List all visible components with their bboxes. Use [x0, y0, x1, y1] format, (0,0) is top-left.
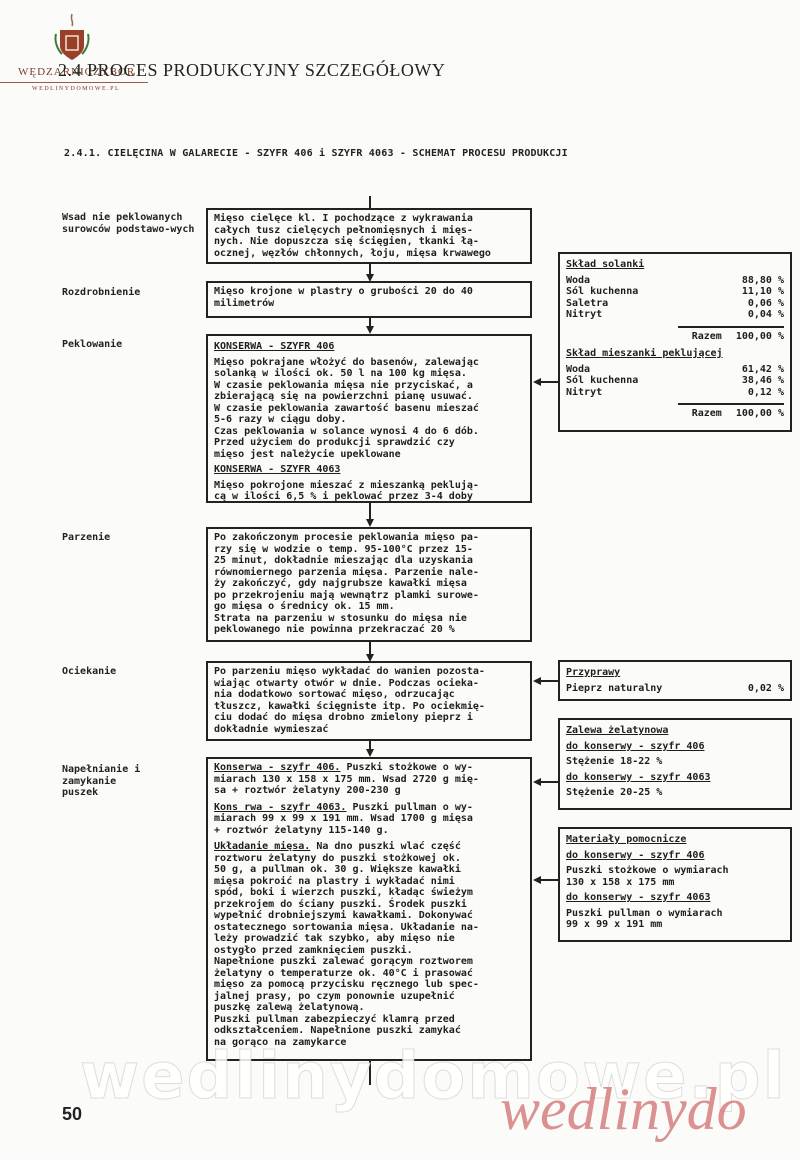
total-label: Razem: [692, 331, 722, 343]
ingredient-name: Woda: [566, 275, 590, 287]
brine-table: Woda88,80 %Sól kuchenna11,10 %Saletra0,0…: [566, 275, 784, 321]
ingredient-name: Woda: [566, 364, 590, 376]
total-value: 100,00 %: [736, 408, 784, 420]
auxiliary-heading-4063: do konserwy - szyfr 4063: [566, 892, 784, 904]
composition-row: Nitryt0,12 %: [566, 387, 784, 399]
composition-row: Woda88,80 %: [566, 275, 784, 287]
connector-brine: [540, 381, 558, 383]
filling-heading-406: Konserwa - szyfr 406.: [214, 762, 340, 773]
stage-text: Po parzeniu mięso wykładać do wanien poz…: [214, 666, 524, 735]
curing-text-406: Mięso pokrajane włożyć do basenów, zalew…: [214, 357, 524, 461]
arrow-down-icon: [366, 326, 374, 334]
brine-composition-box: Skład solanki Woda88,80 %Sól kuchenna11,…: [558, 252, 792, 432]
spice-value: 0,02 %: [748, 683, 784, 695]
process-box-input: Mięso cielęce kl. I pochodzące z wykrawa…: [206, 208, 532, 264]
filling-heading-arrangement: Układanie mięsa.: [214, 841, 310, 852]
page-title: 2.4 PROCES PRODUKCYJNY SZCZEGÓŁOWY: [58, 60, 445, 81]
gelatin-heading-406: do konserwy - szyfr 406: [566, 741, 784, 753]
ingredient-name: Sól kuchenna: [566, 375, 638, 387]
connector-top: [369, 196, 371, 208]
auxiliary-materials-box: Materiały pomocnicze do konserwy - szyfr…: [558, 827, 792, 942]
curing-heading-406: KONSERWA - SZYFR 406: [214, 341, 524, 353]
composition-row: Woda61,42 %: [566, 364, 784, 376]
process-box-cutting: Mięso krojone w plastry o grubości 20 do…: [206, 281, 532, 318]
ingredient-name: Sól kuchenna: [566, 286, 638, 298]
process-box-filling: Konserwa - szyfr 406. Puszki stożkowe o …: [206, 757, 532, 1061]
ingredient-value: 38,46 %: [742, 375, 784, 387]
connector-auxiliary: [540, 879, 558, 881]
stage-label-scalding: Parzenie: [62, 532, 202, 544]
connector-gelatin: [540, 781, 558, 783]
spice-name: Pieprz naturalny: [566, 683, 662, 695]
watermark-text-red: wedlinydo: [500, 1075, 747, 1144]
total-value: 100,00 %: [736, 331, 784, 343]
ingredient-value: 0,04 %: [748, 309, 784, 321]
arrow-left-icon: [533, 378, 541, 386]
composition-row: Saletra0,06 %: [566, 298, 784, 310]
ingredient-value: 61,42 %: [742, 364, 784, 376]
gelatin-box: Zalewa żelatynowa do konserwy - szyfr 40…: [558, 718, 792, 810]
arrow-down-icon: [366, 519, 374, 527]
stage-label-curing: Peklowanie: [62, 339, 202, 351]
process-box-draining: Po parzeniu mięso wykładać do wanien poz…: [206, 661, 532, 741]
process-box-scalding: Po zakończonym procesie peklowania mięso…: [206, 527, 532, 642]
composition-row: Sól kuchenna11,10 %: [566, 286, 784, 298]
filling-text-arrangement: Na dno puszki wlać część roztworu żelaty…: [214, 841, 479, 1048]
stage-text: Po zakończonym procesie peklowania mięso…: [214, 532, 524, 636]
stage-label-draining: Ociekanie: [62, 666, 202, 678]
ingredient-name: Nitryt: [566, 309, 602, 321]
gelatin-text-406: Stężenie 18-22 %: [566, 756, 784, 768]
filling-heading-4063: Kons rwa - szyfr 4063.: [214, 802, 346, 813]
arrow-down-icon: [366, 749, 374, 757]
logo-divider: [0, 82, 148, 83]
stage-label-input: Wsad nie peklowanych surowców podstawo-w…: [62, 212, 202, 235]
gelatin-text-4063: Stężenie 20-25 %: [566, 787, 784, 799]
spices-box: Przyprawy Pieprz naturalny 0,02 %: [558, 660, 792, 701]
ingredient-value: 0,06 %: [748, 298, 784, 310]
logo-crest-icon: [52, 12, 92, 62]
brine-title: Skład solanki: [566, 259, 784, 271]
ingredient-name: Saletra: [566, 298, 608, 310]
process-box-curing: KONSERWA - SZYFR 406 Mięso pokrajane wło…: [206, 334, 532, 503]
ingredient-value: 0,12 %: [748, 387, 784, 399]
gelatin-heading-4063: do konserwy - szyfr 4063: [566, 772, 784, 784]
arrow-left-icon: [533, 677, 541, 685]
stage-label-filling: Napełnianie i zamykanie puszek: [62, 764, 152, 799]
spices-title: Przyprawy: [566, 667, 784, 679]
connector-spices: [540, 680, 558, 682]
auxiliary-text-4063: Puszki pullman o wymiarach 99 x 99 x 191…: [566, 908, 784, 931]
arrow-left-icon: [533, 876, 541, 884]
ingredient-value: 11,10 %: [742, 286, 784, 298]
ingredient-value: 88,80 %: [742, 275, 784, 287]
auxiliary-title: Materiały pomocnicze: [566, 834, 784, 846]
ingredient-name: Nitryt: [566, 387, 602, 399]
composition-row: Nitryt0,04 %: [566, 309, 784, 321]
logo-url-text: WEDLINYDOMOWE.PL: [32, 86, 120, 92]
total-label: Razem: [692, 408, 722, 420]
stage-label-cutting: Rozdrobnienie: [62, 287, 202, 299]
gelatin-title: Zalewa żelatynowa: [566, 725, 784, 737]
page-number: 50: [62, 1104, 82, 1125]
arrow-left-icon: [533, 778, 541, 786]
curing-mix-table: Woda61,42 %Sól kuchenna38,46 %Nitryt0,12…: [566, 364, 784, 399]
curing-text-4063: Mięso pokrojone mieszać z mieszanką pekl…: [214, 480, 524, 503]
section-subtitle: 2.4.1. CIELĘCINA W GALARECIE - SZYFR 406…: [64, 148, 568, 159]
composition-row: Sól kuchenna38,46 %: [566, 375, 784, 387]
curing-mix-title: Skład mieszanki peklującej: [566, 348, 784, 360]
auxiliary-text-406: Puszki stożkowe o wymiarach 130 x 158 x …: [566, 865, 784, 888]
auxiliary-heading-406: do konserwy - szyfr 406: [566, 850, 784, 862]
stage-text: Mięso cielęce kl. I pochodzące z wykrawa…: [214, 213, 524, 259]
stage-text: Mięso krojone w plastry o grubości 20 do…: [214, 286, 524, 309]
curing-heading-4063: KONSERWA - SZYFR 4063: [214, 464, 524, 476]
